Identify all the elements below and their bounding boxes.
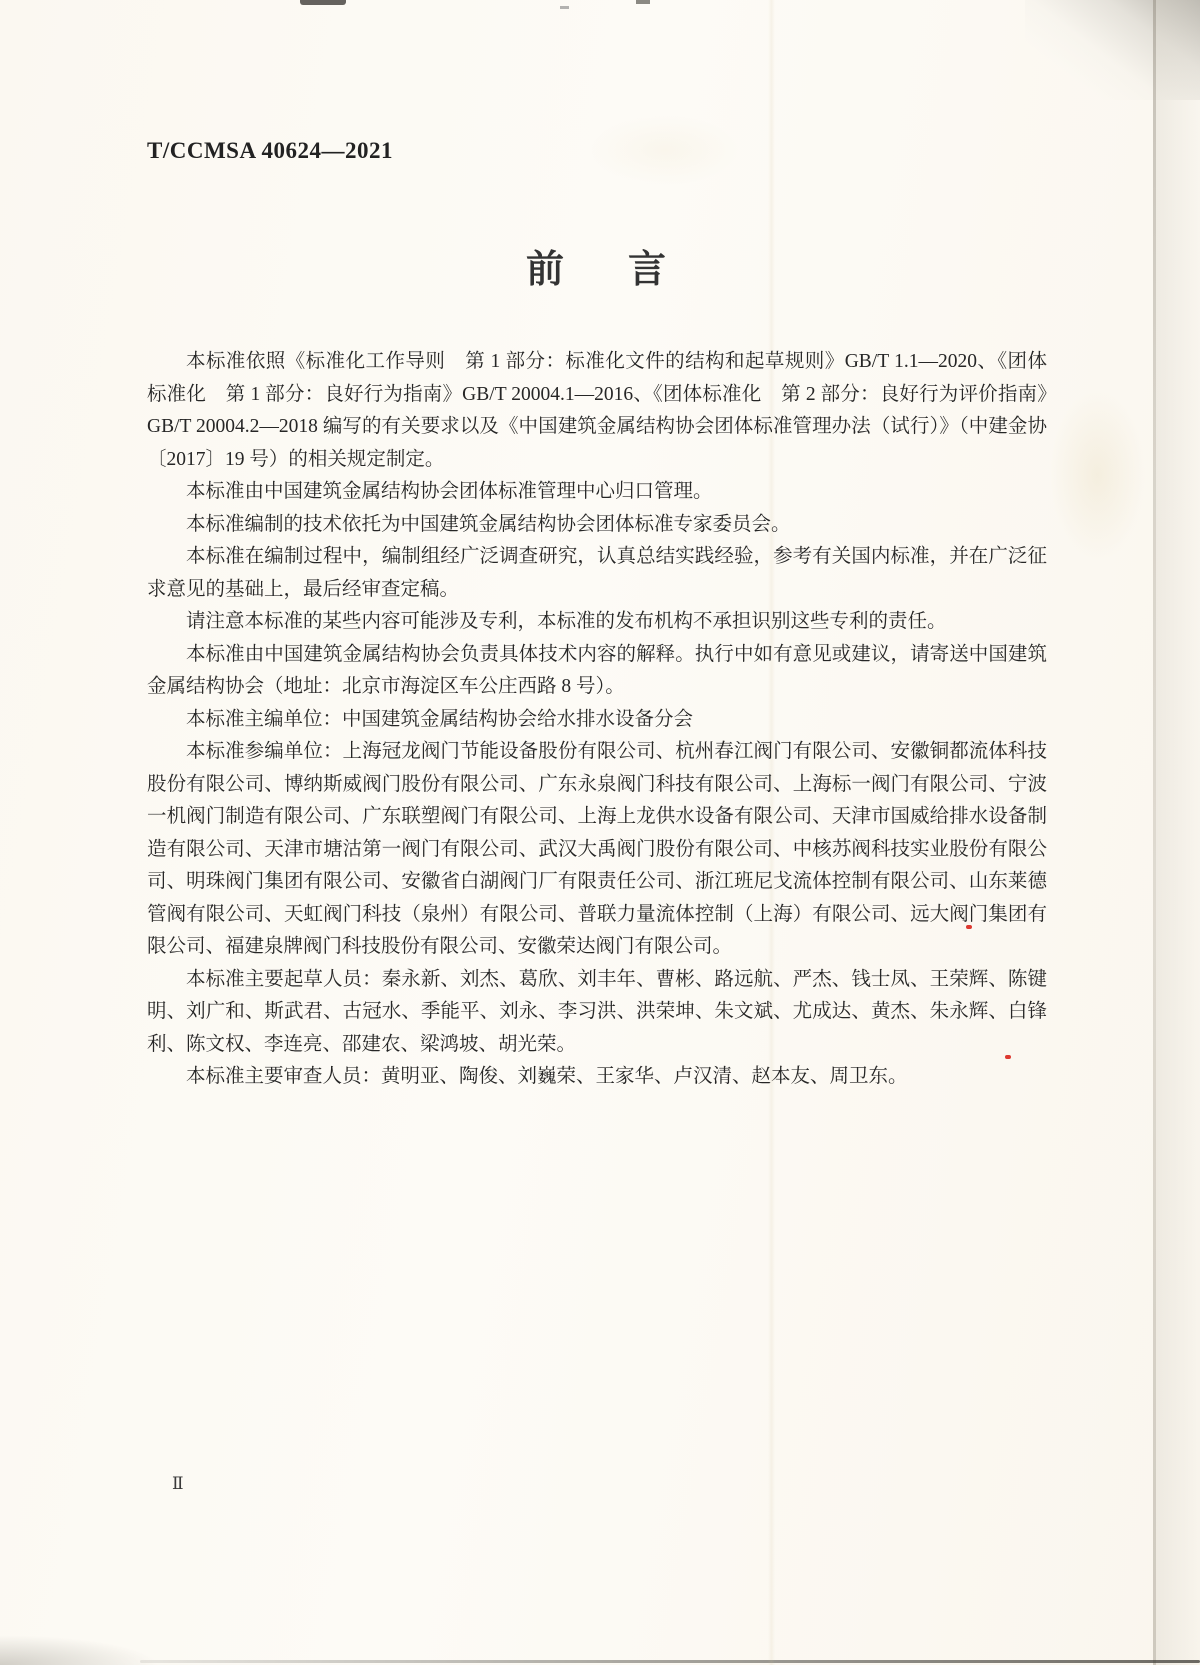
foreword-body: 本标准依照《标准化工作导则 第 1 部分：标准化文件的结构和起草规则》GB/T … [147, 346, 1047, 1094]
paragraph-text: 本标准依照《标准化工作导则 第 1 部分：标准化文件的结构和起草规则》GB/T … [147, 351, 1047, 470]
title-char-qian: 前 [526, 249, 566, 291]
standard-number: T/CCMSA 40624—2021 [147, 138, 393, 164]
foreword-paragraph-1: 本标准依照《标准化工作导则 第 1 部分：标准化文件的结构和起草规则》GB/T … [147, 346, 1047, 476]
foreword-paragraph-2: 本标准由中国建筑金属结构协会团体标准管理中心归口管理。 [147, 476, 1047, 509]
paragraph-text: 本标准编制的技术依托为中国建筑金属结构协会团体标准专家委员会。 [186, 514, 791, 535]
foreword-paragraph-7: 本标准主编单位：中国建筑金属结构协会给水排水设备分会 [147, 704, 1047, 737]
scan-right-margin-strip [1156, 0, 1200, 1665]
paragraph-text: 请注意本标准的某些内容可能涉及专利，本标准的发布机构不承担识别这些专利的责任。 [186, 611, 947, 632]
scanned-document-page: T/CCMSA 40624—2021 前言 本标准依照《标准化工作导则 第 1 … [0, 0, 1200, 1665]
paragraph-text: 本标准主编单位：中国建筑金属结构协会给水排水设备分会 [186, 709, 693, 730]
scan-stain [1050, 390, 1145, 560]
foreword-paragraph-10: 本标准主要审查人员：黄明亚、陶俊、刘巍荣、王家华、卢汉清、赵本友、周卫东。 [147, 1061, 1047, 1094]
paragraph-text: 本标准在编制过程中，编制组经广泛调查研究，认真总结实践经验，参考有关国内标准，并… [147, 546, 1047, 600]
paragraph-text: 本标准由中国建筑金属结构协会负责具体技术内容的解释。执行中如有意见或建议，请寄送… [147, 644, 1047, 698]
foreword-paragraph-6: 本标准由中国建筑金属结构协会负责具体技术内容的解释。执行中如有意见或建议，请寄送… [147, 639, 1047, 704]
scan-speck-top-edge [560, 6, 569, 9]
paragraph-text: 本标准主要起草人员：秦永新、刘杰、葛欣、刘丰年、曹彬、路远航、严杰、钱士凤、王荣… [147, 969, 1047, 1023]
scan-mark-top-edge [300, 0, 346, 5]
page-number: Ⅱ [172, 1474, 184, 1494]
paragraph-text: 本标准由中国建筑金属结构协会团体标准管理中心归口管理。 [186, 481, 713, 502]
scan-corner-shadow-bottom-left [0, 1635, 160, 1665]
paragraph-text: 、天虹阀门科技（泉州）有限公司、普联力量流体控制（上海）有限公司、远大阀门集团有… [147, 904, 1047, 958]
paragraph-text: 、陈文权、李连亮、邵建农、梁鸿坡、胡光荣。 [167, 1034, 577, 1055]
scan-mark-top-edge-2 [636, 0, 650, 4]
foreword-paragraph-8: 本标准参编单位：上海冠龙阀门节能设备股份有限公司、杭州春江阀门有限公司、安徽铜都… [147, 736, 1047, 964]
foreword-paragraph-9: 本标准主要起草人员：秦永新、刘杰、葛欣、刘丰年、曹彬、路远航、严杰、钱士凤、王荣… [147, 964, 1047, 1062]
foreword-paragraph-5: 请注意本标准的某些内容可能涉及专利，本标准的发布机构不承担识别这些专利的责任。 [147, 606, 1047, 639]
scan-stain-2 [590, 115, 740, 185]
page-title: 前言 [147, 238, 1047, 293]
scan-paper-edge-line [1153, 0, 1156, 1665]
scan-bottom-edge-line [140, 1660, 1200, 1663]
foreword-paragraph-4: 本标准在编制过程中，编制组经广泛调查研究，认真总结实践经验，参考有关国内标准，并… [147, 541, 1047, 606]
paragraph-text: 本标准参编单位：上海冠龙阀门节能设备股份有限公司、杭州春江阀门有限公司、安徽铜都… [147, 741, 1047, 892]
title-char-yan: 言 [628, 249, 668, 291]
foreword-paragraph-3: 本标准编制的技术依托为中国建筑金属结构协会团体标准专家委员会。 [147, 509, 1047, 542]
paragraph-text: 本标准主要审查人员：黄明亚、陶俊、刘巍荣、王家华、卢汉清、赵本友、周卫东。 [186, 1066, 908, 1087]
